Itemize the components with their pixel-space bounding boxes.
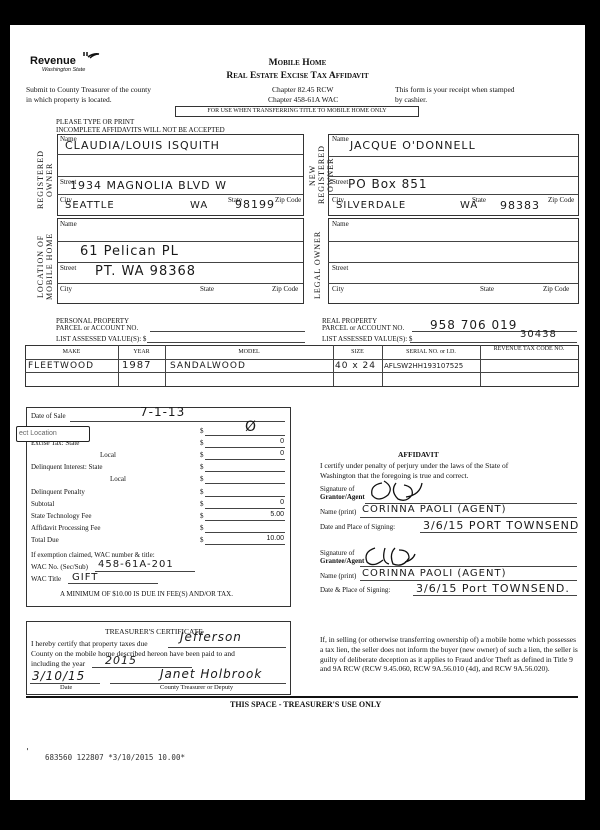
affidavit-text-1: I certify under penalty of perjury under… (320, 461, 508, 470)
cell-serial[interactable]: AFLSW2HH193107525 (384, 362, 463, 370)
real-assessed-label: LIST ASSESSED VALUE(S): $ (322, 335, 412, 343)
registered-owner-label: REGISTERED OWNER (36, 140, 54, 220)
dollar-sign: $ (200, 451, 204, 459)
loc-city-label: City (60, 285, 72, 293)
personal-parcel-label: PARCEL or ACCOUNT NO. (56, 324, 138, 332)
lo-city-label: City (332, 285, 344, 293)
fraud-warning: If, in selling (or otherwise transferrin… (320, 635, 578, 674)
no-street-field[interactable]: PO Box 851 (348, 177, 428, 191)
dollar-sign: $ (200, 488, 204, 496)
ro-name-field[interactable]: CLAUDIA/LOUIS ISQUITH (65, 139, 220, 152)
excise-local-field[interactable]: 0 (210, 450, 284, 457)
treasurer-line1: I hereby certify that property taxes due (31, 639, 148, 648)
col-serial: SERIAL NO. or I.D. (382, 349, 480, 355)
subtotal-field[interactable]: 0 (210, 499, 284, 506)
grantor-name-field[interactable]: CORINNA PAOLI (AGENT) (362, 504, 506, 515)
date-of-sale-label: Date of Sale (31, 412, 66, 420)
grantor-sig-label-1: Signature of (320, 485, 354, 493)
col-size: SIZE (333, 349, 382, 355)
form-page: Revenue Washington State Mobile Home Rea… (10, 25, 585, 800)
location-box (57, 218, 304, 304)
ro-zip-label: Zip Code (275, 196, 301, 204)
dollar-sign: $ (200, 536, 204, 544)
lo-zip-label: Zip Code (543, 285, 569, 293)
dollar-sign: $ (200, 439, 204, 447)
dollar-sign: $ (200, 500, 204, 508)
personal-assessed-label: LIST ASSESSED VALUE(S): $ (56, 335, 146, 343)
please-type-note: PLEASE TYPE OR PRINT (56, 118, 134, 126)
grantee-sig-label-1: Signature of (320, 549, 354, 557)
location-label: LOCATION OF MOBILE HOME (36, 225, 54, 307)
no-name-field[interactable]: JACQUE O'DONNELL (350, 139, 476, 152)
ro-city-field[interactable]: SEATTLE (65, 200, 115, 211)
grantor-date-label: Date and Place of Signing: (320, 523, 395, 531)
total-due-field[interactable]: 10.00 (210, 535, 284, 542)
no-name-label: Name (332, 135, 349, 143)
form-title-line2: Real Estate Excise Tax Affidavit (10, 71, 585, 81)
tax-year-field[interactable]: 2015 (105, 654, 137, 667)
minimum-due-notice: A MINIMUM OF $10.00 IS DUE IN FEE(S) AND… (60, 590, 233, 598)
tax-label-9: Total Due (31, 536, 59, 544)
dollar-sign: $ (200, 463, 204, 471)
loc-line2-field[interactable]: 61 Pelican PL (80, 244, 179, 259)
real-parcel-label: PARCEL or ACCOUNT NO. (322, 324, 404, 332)
ro-street-field[interactable]: 1934 MAGNOLIA BLVD W (70, 179, 227, 192)
tax-label-5: Delinquent Penalty (31, 488, 85, 496)
real-assessed-field[interactable]: 30438 (520, 329, 557, 340)
select-location-button[interactable]: ect Location (16, 426, 90, 442)
no-state-field[interactable]: WA (460, 200, 478, 211)
chapter-wac: Chapter 458-61A WAC (268, 95, 338, 104)
tax-label-6: Subtotal (31, 500, 54, 508)
treasurer-signature[interactable]: Janet Holbrook (160, 667, 262, 681)
real-parcel-field[interactable]: 958 706 019 (430, 318, 517, 332)
wac-no-label: WAC No. (Sec/Sub) (31, 563, 88, 571)
no-street-label: Street (332, 178, 348, 186)
dollar-sign: $ (200, 524, 204, 532)
col-year: YEAR (118, 349, 165, 355)
loc-state-label: State (200, 285, 214, 293)
col-model: MODEL (165, 349, 333, 355)
loc-name-label: Name (60, 220, 77, 228)
dollar-sign: $ (200, 427, 204, 435)
treasurer-date-field[interactable]: 3/10/15 (32, 669, 85, 683)
wac-title-field[interactable]: GIFT (72, 572, 98, 583)
ro-state-field[interactable]: WA (190, 200, 208, 211)
grantee-date-field[interactable]: 3/6/15 Port TOWNSEND. (416, 582, 570, 595)
cell-model[interactable]: SANDALWOOD (170, 361, 246, 371)
grantor-date-field[interactable]: 3/6/15 PORT TOWNSEND (423, 519, 579, 532)
wac-title-label: WAC Title (31, 575, 61, 583)
incomplete-note: INCOMPLETE AFFIDAVITS WILL NOT BE ACCEPT… (56, 126, 225, 134)
wac-no-field[interactable]: 458-61A-201 (98, 559, 174, 570)
tax-label-2: Local (100, 451, 116, 459)
treasurer-signer-label: County Treasurer or Deputy (160, 684, 233, 691)
tax-label-4: Local (110, 475, 126, 483)
grantee-date-label: Date & Place of Signing: (320, 586, 390, 594)
receipt-stamp: 683560 122807 *3/10/2015 10.00* (45, 753, 185, 762)
dollar-sign: $ (200, 512, 204, 520)
loc-zip-label: Zip Code (272, 285, 298, 293)
lo-street-label: Street (332, 264, 348, 272)
cell-make[interactable]: FLEETWOOD (28, 361, 94, 371)
ro-zip-field[interactable]: 98199 (235, 198, 275, 211)
tax-label-7: State Technology Fee (31, 512, 91, 520)
lo-name-label: Name (332, 220, 349, 228)
dollar-sign: $ (200, 475, 204, 483)
submit-instruction-1: Submit to County Treasurer of the county (26, 85, 151, 94)
state-technology-fee-field[interactable]: 5.00 (210, 511, 284, 518)
no-zip-field[interactable]: 98383 (500, 199, 540, 212)
grantor-name-label: Name (print) (320, 508, 356, 516)
cell-size[interactable]: 40 x 24 (335, 361, 376, 371)
grantee-name-field[interactable]: CORINNA PAOLI (AGENT) (362, 568, 506, 579)
cell-year[interactable]: 1987 (122, 360, 151, 371)
treasurer-use-only: THIS SPACE - TREASURER'S USE ONLY (230, 700, 381, 709)
legal-owner-box (328, 218, 579, 304)
chapter-rcw: Chapter 82.45 RCW (272, 85, 333, 94)
submit-instruction-2: in which property is located. (26, 95, 112, 104)
lo-state-label: State (480, 285, 494, 293)
tax-label-8: Affidavit Processing Fee (31, 524, 100, 532)
form-title-line1: Mobile Home (10, 58, 585, 68)
loc-street-field[interactable]: PT. WA 98368 (95, 264, 196, 279)
exemption-label: If exemption claimed, WAC number & title… (31, 551, 155, 559)
tax-label-3: Delinquent Interest: State (31, 463, 103, 471)
notice-box: FOR USE WHEN TRANSFERRING TITLE TO MOBIL… (175, 106, 419, 117)
date-of-sale-field[interactable]: 7-1-13 (140, 405, 185, 419)
date-label: Date (60, 684, 72, 691)
col-make: MAKE (25, 349, 118, 355)
county-field[interactable]: Jefferson (180, 630, 242, 644)
col-revenue-tax-code: REVENUE TAX CODE NO. (482, 346, 576, 353)
no-city-field[interactable]: SILVERDALE (336, 200, 406, 211)
receipt-note-1: This form is your receipt when stamped (395, 85, 515, 94)
receipt-note-2: by cashier. (395, 95, 427, 104)
affidavit-title: AFFIDAVIT (398, 450, 439, 459)
taxable-sale-price-field[interactable]: Ø (245, 419, 257, 435)
grantor-signature[interactable] (360, 473, 460, 505)
grantee-name-label: Name (print) (320, 572, 356, 580)
no-zip-label: Zip Code (548, 196, 574, 204)
grantor-sig-label-2: Grantor/Agent (320, 493, 365, 501)
legal-owner-label: LEGAL OWNER (313, 230, 322, 300)
loc-street-label: Street (60, 264, 76, 272)
treasurer-line3: including the year (31, 659, 85, 668)
excise-state-field[interactable]: 0 (210, 438, 284, 445)
